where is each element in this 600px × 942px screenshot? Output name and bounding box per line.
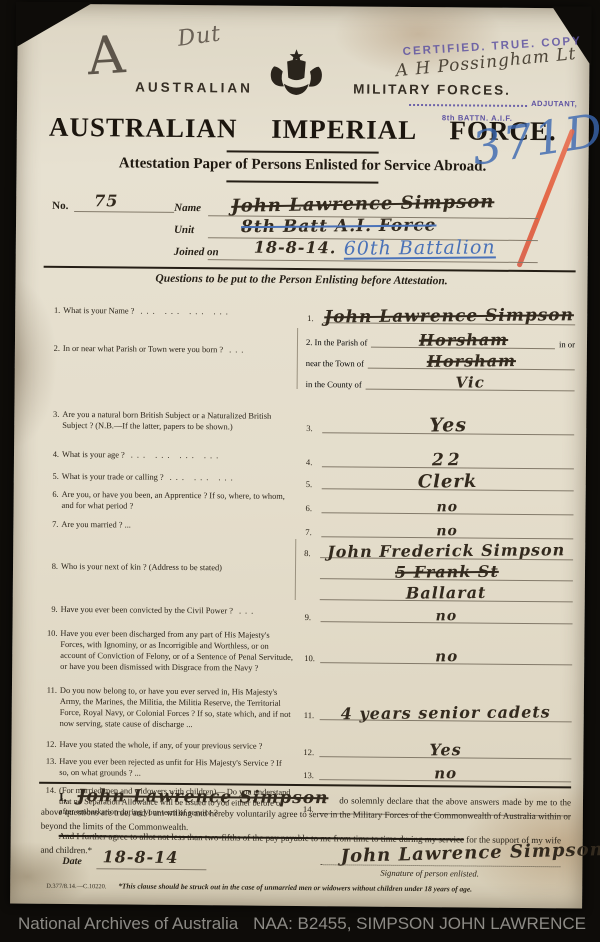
question-number: 3.	[44, 410, 62, 432]
answer-pre-label: near the Town of	[306, 358, 368, 369]
question-number: 11.	[42, 686, 60, 730]
answer-number: 4.	[306, 457, 322, 467]
no-label: No.	[52, 200, 68, 212]
leader-dots: ...	[229, 345, 247, 356]
answer-value: 22	[432, 453, 464, 469]
questions-heading: Questions to be put to the Person Enlist…	[15, 272, 587, 289]
answer-number: 8.	[304, 548, 320, 558]
question-number: 4.	[44, 449, 62, 460]
answer-number: 13.	[303, 770, 319, 780]
declaration-intro: I,	[41, 790, 67, 804]
question-text: What is your age ?	[62, 449, 125, 460]
answer-number: 3.	[306, 423, 322, 433]
pencil-letter-annotation: A	[86, 25, 127, 87]
question-row-8: 8.Who is your next of kin ? (Address to …	[43, 536, 574, 603]
adjutant-dotted-line	[409, 104, 527, 107]
date-line	[96, 868, 206, 870]
scanned-attestation-document: A Dut CERTIFIED. TRUE. COPY A H Possingh…	[0, 0, 600, 942]
answer-number: 6.	[306, 503, 322, 513]
question-text: Have you ever been convicted by the Civi…	[61, 604, 233, 616]
answer-number: 12.	[303, 747, 319, 757]
answer-value: Clerk	[418, 474, 478, 491]
question-text: What is your trade or calling ?	[62, 471, 164, 483]
question-text: Have you stated the whole, if any, of yo…	[59, 740, 262, 753]
answer-value: Vic	[456, 376, 485, 390]
unit-label: Unit	[174, 224, 194, 236]
leader-dots: ... ... ... ...	[140, 306, 231, 318]
question-text: Have you ever been discharged from any p…	[60, 629, 294, 675]
question-text: Who is your next of kin ? (Address to be…	[61, 561, 222, 573]
footnote: *This clause should be struck out in the…	[118, 881, 548, 894]
answer-value: Yes	[429, 743, 461, 758]
leader-dots: ... ... ... ...	[131, 450, 222, 462]
watermark-right: NAA: B2455, SIMPSON JOHN LAWRENCE	[253, 914, 586, 934]
answer-number: 5.	[306, 479, 322, 489]
question-text: What is your Name ?	[63, 305, 134, 317]
question-text: Are you, or have you been, an Apprentice…	[62, 490, 296, 514]
joined-line	[208, 259, 538, 263]
unit-value: 8th Batt A.I. Force	[241, 218, 437, 235]
question-text: In or near what Parish or Town were you …	[63, 344, 223, 356]
answer-value: 5 Frank St	[395, 564, 499, 579]
questions-list: 1.What is your Name ?... ... ... ... 1.J…	[41, 296, 576, 828]
archive-watermark: National Archives of Australia NAA: B245…	[0, 914, 600, 934]
answer-value: no	[435, 650, 458, 664]
answer-pre-label: 2. In the Parish of	[306, 337, 371, 348]
question-number: 2.	[45, 344, 63, 355]
answer-value: Horsham	[427, 354, 516, 369]
allotment-clause-struck: And I further agree to allot not less th…	[41, 831, 464, 845]
joined-label: Joined on	[174, 246, 219, 258]
answer-number: 9.	[305, 612, 321, 622]
answer-post-label: in or	[555, 339, 575, 349]
org-name-left: AUSTRALIAN	[135, 80, 253, 96]
question-number: 7.	[43, 519, 61, 530]
answer-value: John Frederick Simpson	[328, 543, 566, 559]
declaration-name-script: John Lawrence Simpson	[69, 786, 336, 808]
answer-value: Horsham	[419, 333, 508, 348]
answer-number: 11.	[304, 710, 320, 720]
question-row-11: 11.Do you now belong to, or have you eve…	[42, 680, 572, 741]
joined-value: 18-8-14.	[254, 241, 337, 256]
coat-of-arms-icon	[265, 48, 327, 106]
question-number: 6.	[44, 490, 62, 512]
torn-corner-top-left	[16, 2, 94, 49]
answer-number: 10.	[304, 653, 320, 663]
answer-value: Ballarat	[406, 585, 487, 600]
answer-number: 1.	[307, 313, 323, 323]
answer-value: John Lawrence Simpson	[324, 308, 574, 325]
section-rule-top	[44, 266, 576, 273]
name-label: Name	[174, 202, 201, 214]
question-text: Are you married ? ...	[61, 519, 131, 531]
signature-caption: Signature of person enlisted.	[380, 868, 479, 879]
answer-value: 4 years senior cadets	[341, 705, 551, 721]
form-code: D.377/8.14.—C.10220.	[46, 883, 106, 891]
answer-value: no	[434, 767, 457, 781]
answer-value: no	[436, 610, 458, 623]
question-row-2: 2.In or near what Parish or Town were yo…	[44, 326, 575, 403]
question-row-3: 3.Are you a natural born British Subject…	[44, 398, 574, 449]
no-value: 75	[94, 194, 118, 209]
question-text: Have you ever been rejected as unfit for…	[59, 757, 293, 781]
question-number: 13.	[41, 757, 59, 779]
question-text: Are you a natural born British Subject o…	[62, 410, 296, 434]
question-number: 9.	[43, 604, 61, 615]
answer-value: no	[437, 525, 459, 538]
pencil-note-annotation: Dut	[177, 24, 223, 49]
name-value: John Lawrence Simpson	[231, 194, 494, 215]
enlistee-signature: John Lawrence Simpson	[340, 842, 600, 865]
question-number: 8.	[43, 561, 61, 572]
question-text: Do you now belong to, or have you ever s…	[60, 686, 294, 732]
question-row-10: 10.Have you ever been discharged from an…	[42, 622, 572, 685]
leader-dots: ...	[239, 606, 257, 617]
answer-number: 7.	[305, 527, 321, 537]
answer-pre-label: in the County of	[306, 379, 366, 390]
date-value: 18-8-14	[102, 850, 178, 865]
paper-sheet: A Dut CERTIFIED. TRUE. COPY A H Possingh…	[10, 4, 590, 909]
title-rule	[227, 150, 379, 153]
joined-battalion-note: 60th Battalion	[344, 239, 496, 259]
answer-value: Yes	[429, 417, 467, 434]
subtitle-rule	[226, 180, 378, 183]
answer-value: no	[437, 501, 459, 514]
question-row-1: 1.What is your Name ?... ... ... ... 1.J…	[45, 296, 575, 331]
leader-dots: ... ... ...	[170, 472, 237, 484]
org-name-right: MILITARY FORCES.	[353, 81, 511, 97]
question-number: 10.	[42, 629, 60, 673]
watermark-left: National Archives of Australia	[18, 914, 238, 934]
date-label: Date	[62, 856, 82, 867]
question-number: 1.	[45, 305, 63, 316]
question-number: 12.	[41, 740, 59, 751]
no-line	[74, 211, 174, 213]
question-number: 5.	[44, 471, 62, 482]
